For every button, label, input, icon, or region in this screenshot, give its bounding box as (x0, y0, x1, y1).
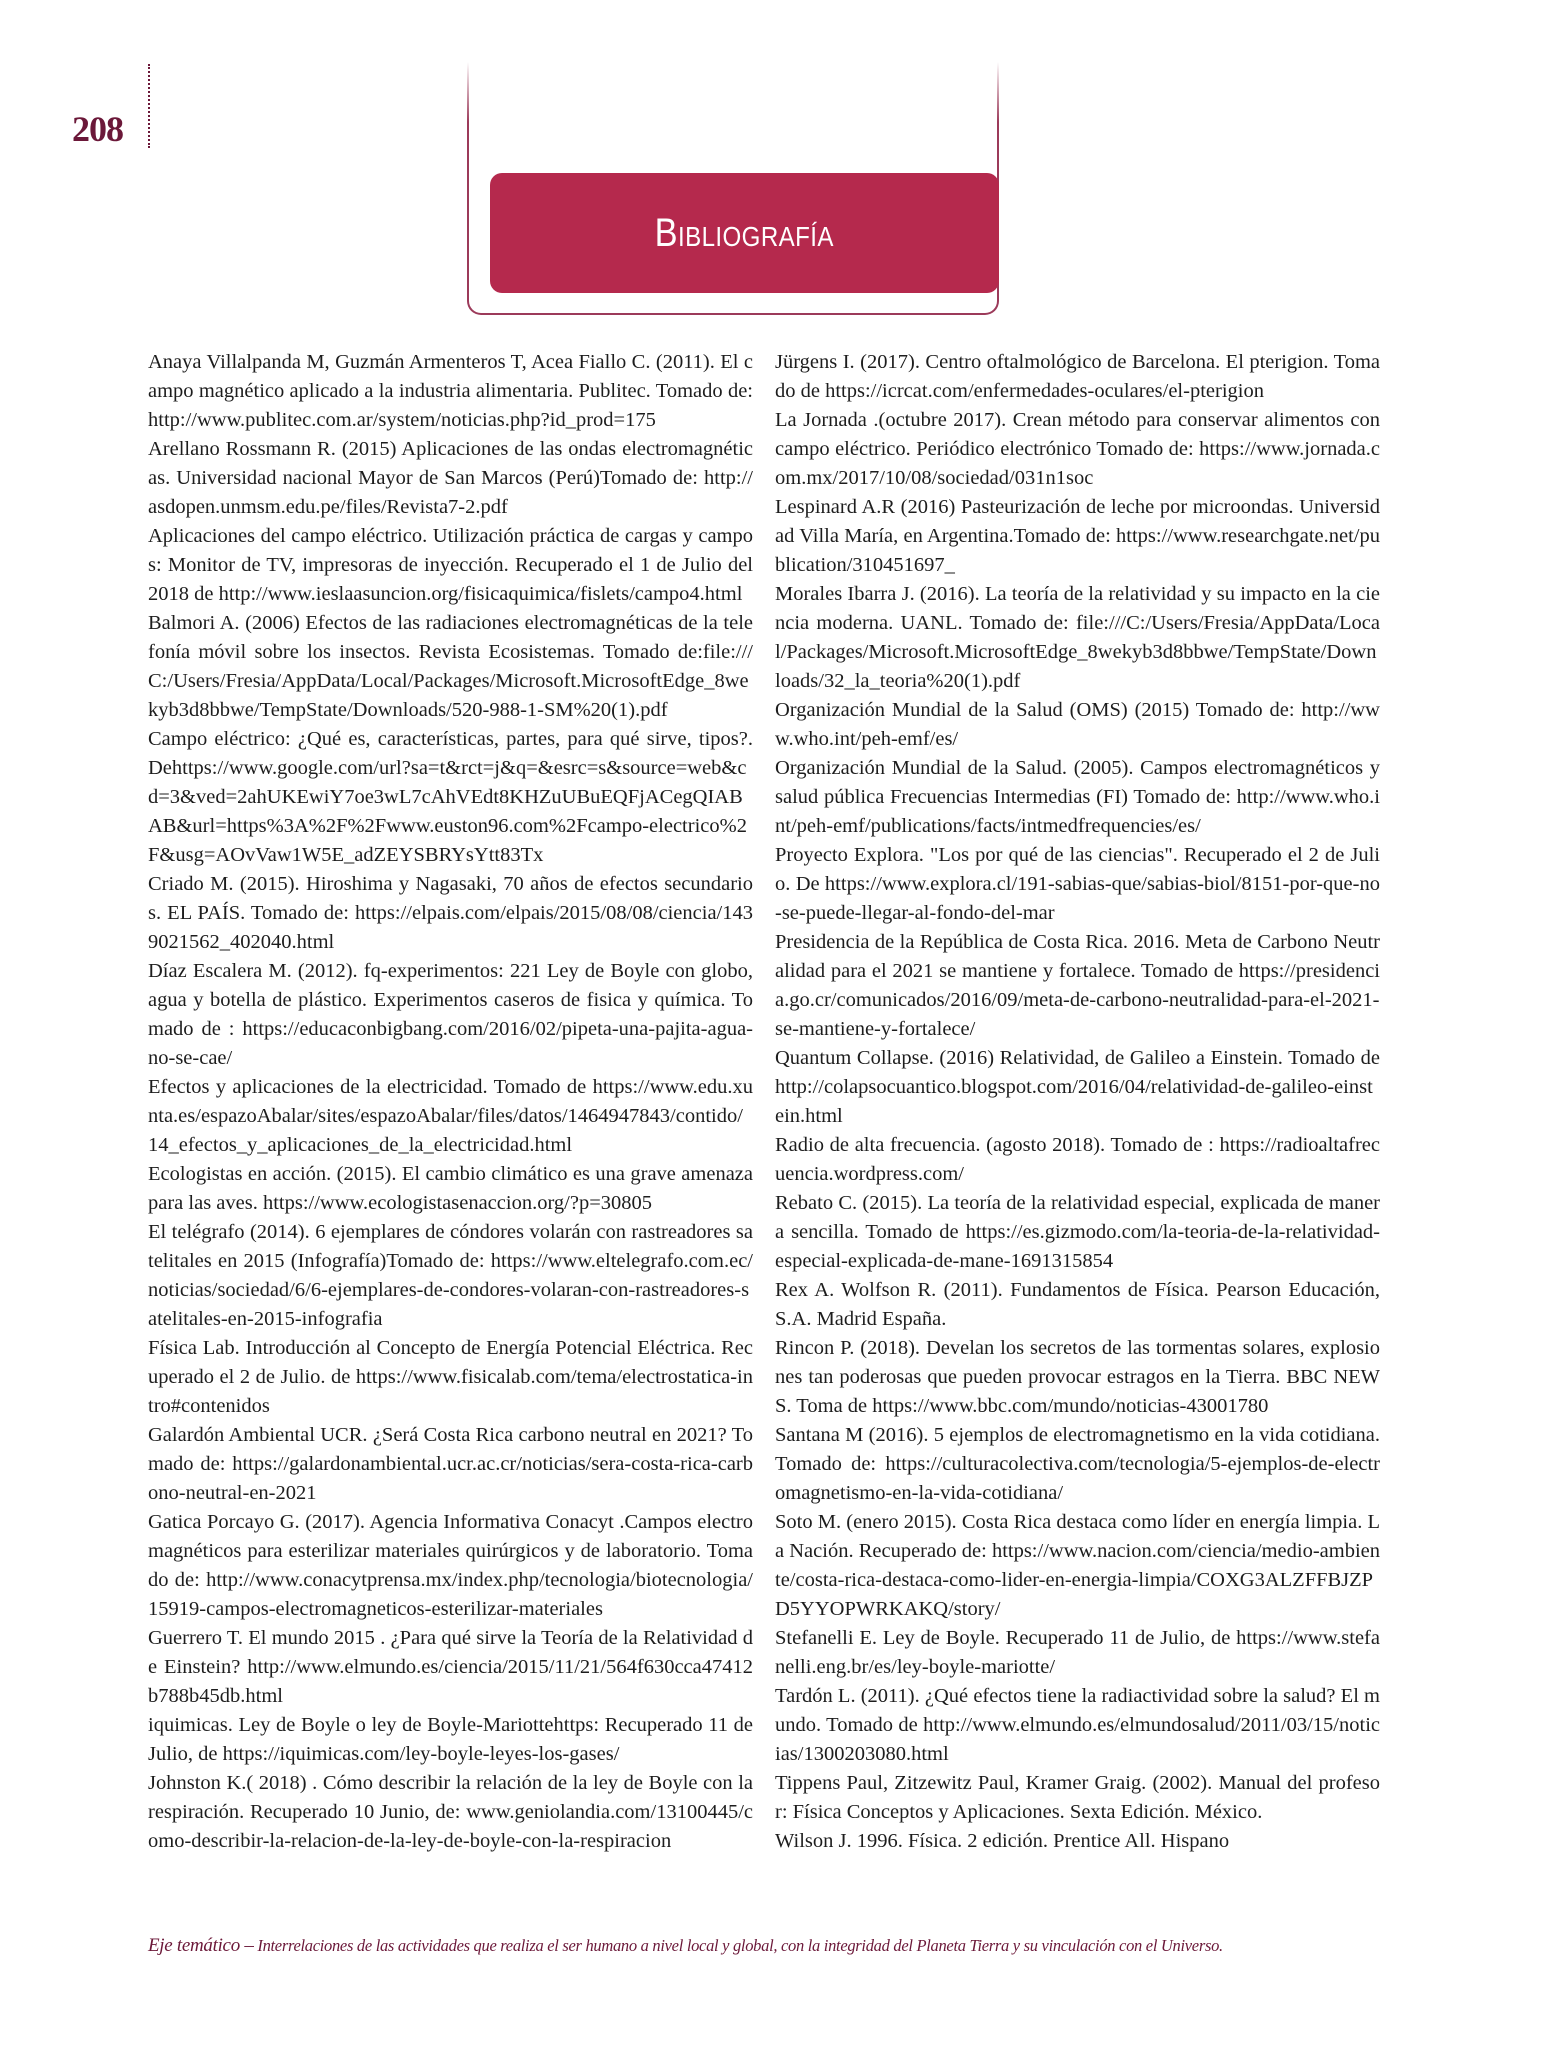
reference-item: Aplicaciones del campo eléctrico. Utiliz… (148, 522, 753, 609)
reference-item: Arellano Rossmann R. (2015) Aplicaciones… (148, 435, 753, 522)
bibliography-column-left: Anaya Villalpanda M, Guzmán Armenteros T… (148, 348, 753, 1856)
reference-item: Radio de alta frecuencia. (agosto 2018).… (775, 1131, 1380, 1189)
reference-item: Morales Ibarra J. (2016). La teoría de l… (775, 580, 1380, 696)
reference-item: Guerrero T. El mundo 2015 . ¿Para qué si… (148, 1624, 753, 1711)
reference-item: Jürgens I. (2017). Centro oftalmológico … (775, 348, 1380, 406)
reference-item: Gatica Porcayo G. (2017). Agencia Inform… (148, 1508, 753, 1624)
reference-item: Wilson J. 1996. Física. 2 edición. Prent… (775, 1827, 1380, 1856)
bibliography-columns: Anaya Villalpanda M, Guzmán Armenteros T… (148, 348, 1380, 1856)
footer-text: Interrelaciones de las actividades que r… (257, 1936, 1222, 1955)
reference-item: Proyecto Explora. "Los por qué de las ci… (775, 841, 1380, 928)
reference-item: Efectos y aplicaciones de la electricida… (148, 1073, 753, 1160)
reference-item: Soto M. (enero 2015). Costa Rica destaca… (775, 1508, 1380, 1624)
reference-item: Campo eléctrico: ¿Qué es, característica… (148, 725, 753, 870)
reference-item: Tippens Paul, Zitzewitz Paul, Kramer Gra… (775, 1769, 1380, 1827)
reference-item: Rex A. Wolfson R. (2011). Fundamentos de… (775, 1276, 1380, 1334)
reference-item: Galardón Ambiental UCR. ¿Será Costa Rica… (148, 1421, 753, 1508)
page-number: 208 (72, 108, 123, 150)
thematic-axis-footer: Eje temático – Interrelaciones de las ac… (148, 1935, 1388, 1957)
page-title: Bibliografía (655, 211, 834, 256)
reference-item: Física Lab. Introducción al Concepto de … (148, 1334, 753, 1421)
reference-item: Stefanelli E. Ley de Boyle. Recuperado 1… (775, 1624, 1380, 1682)
reference-item: Anaya Villalpanda M, Guzmán Armenteros T… (148, 348, 753, 435)
section-title-banner: Bibliografía (490, 173, 999, 293)
reference-item: Johnston K.( 2018) . Cómo describir la r… (148, 1769, 753, 1856)
reference-item: Rebato C. (2015). La teoría de la relati… (775, 1189, 1380, 1276)
bibliography-column-right: Jürgens I. (2017). Centro oftalmológico … (775, 348, 1380, 1856)
reference-item: Díaz Escalera M. (2012). fq-experimentos… (148, 957, 753, 1073)
reference-item: Tardón L. (2011). ¿Qué efectos tiene la … (775, 1682, 1380, 1769)
reference-item: Organización Mundial de la Salud. (2005)… (775, 754, 1380, 841)
reference-item: iquimicas. Ley de Boyle o ley de Boyle-M… (148, 1711, 753, 1769)
reference-item: Balmori A. (2006) Efectos de las radiaci… (148, 609, 753, 725)
reference-item: El telégrafo (2014). 6 ejemplares de cón… (148, 1218, 753, 1334)
reference-item: Organización Mundial de la Salud (OMS) (… (775, 696, 1380, 754)
reference-item: Ecologistas en acción. (2015). El cambio… (148, 1160, 753, 1218)
reference-item: La Jornada .(octubre 2017). Crean método… (775, 406, 1380, 493)
page-number-divider (148, 64, 150, 148)
reference-item: Criado M. (2015). Hiroshima y Nagasaki, … (148, 870, 753, 957)
reference-item: Lespinard A.R (2016) Pasteurización de l… (775, 493, 1380, 580)
reference-item: Quantum Collapse. (2016) Relatividad, de… (775, 1044, 1380, 1131)
reference-item: Rincon P. (2018). Develan los secretos d… (775, 1334, 1380, 1421)
reference-item: Santana M (2016). 5 ejemplos de electrom… (775, 1421, 1380, 1508)
reference-item: Presidencia de la República de Costa Ric… (775, 928, 1380, 1044)
footer-lead: Eje temático – (148, 1935, 254, 1956)
